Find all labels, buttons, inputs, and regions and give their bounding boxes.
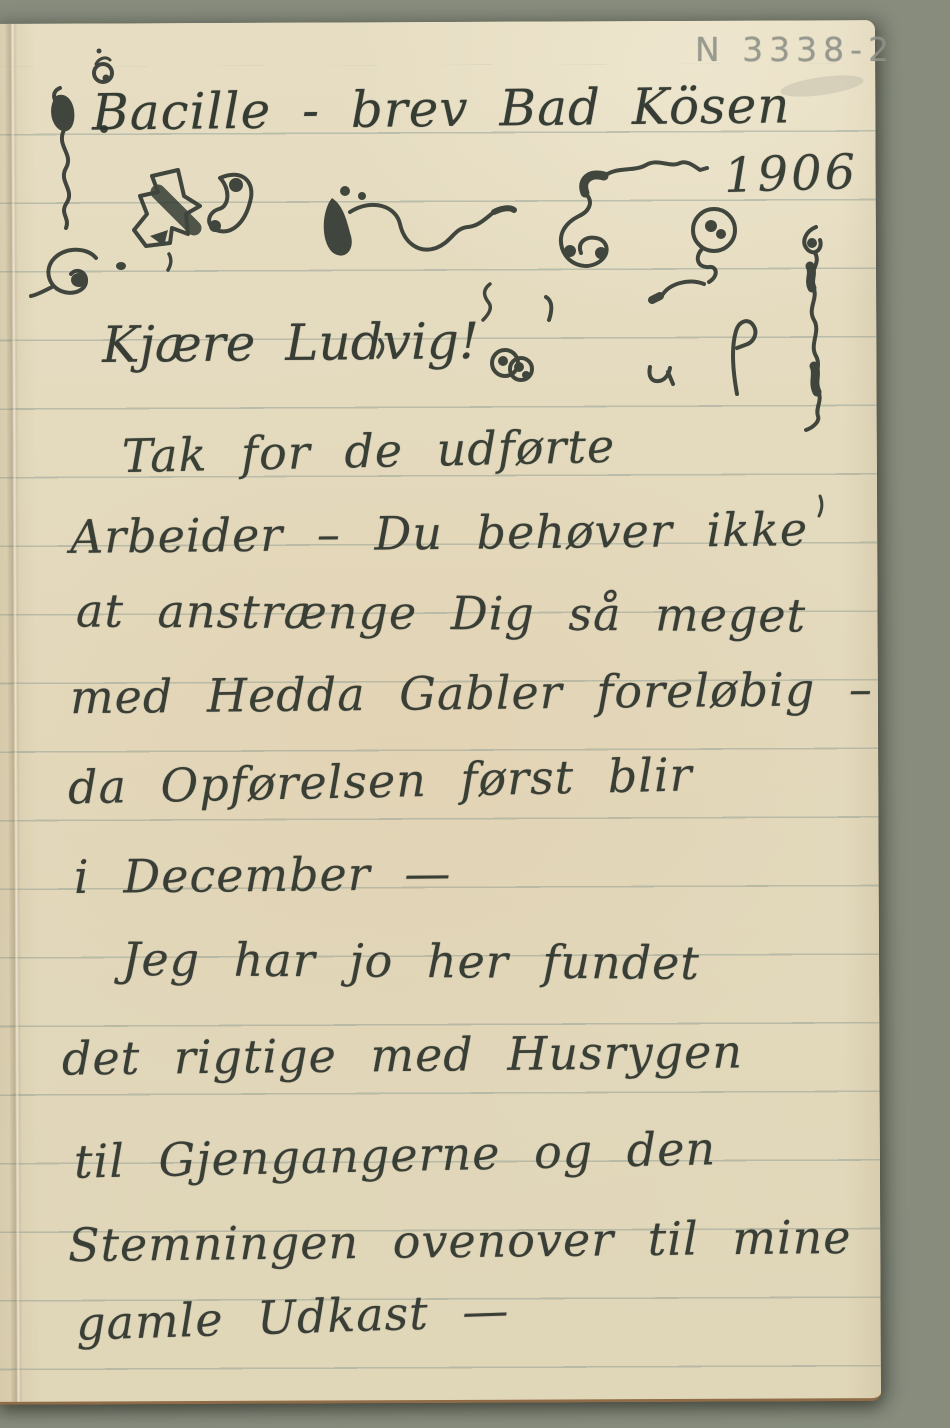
letter-year: 1906: [723, 144, 859, 204]
scan-backdrop: N 3338-2 Bacille - brev Bad Kösen 1906 K…: [0, 0, 950, 1428]
letter-line: med Hedda Gabler foreløbig –: [70, 662, 873, 724]
archive-number-label: N 3338-2: [695, 30, 895, 69]
ruled-lines: [0, 63, 881, 1396]
letter-line: Tak for de udførte: [121, 419, 615, 483]
letter-line: i December —: [74, 846, 452, 904]
letter-line: Arbeider – Du behøver ikke: [70, 502, 809, 564]
letter-line: Jeg har jo her fundet: [122, 932, 700, 990]
letter-line: Stemningen ovenover til mine: [68, 1210, 852, 1272]
letter-salutation: Kjære Ludvig!: [102, 312, 480, 374]
letter-title: Bacille - brev Bad Kösen: [92, 76, 791, 141]
letter-line: at anstrænge Dig så meget: [76, 583, 806, 642]
fold-crease: [5, 24, 23, 1402]
letter-line: det rigtige med Husrygen: [62, 1024, 743, 1085]
